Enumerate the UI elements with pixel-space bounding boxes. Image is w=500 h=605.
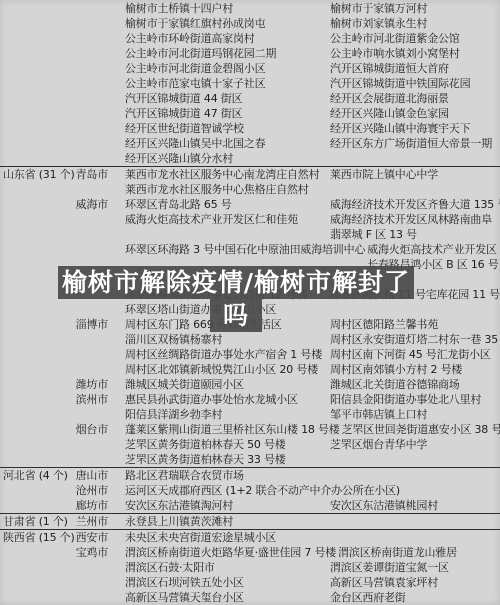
address-cell: 榆树市于家镇红旗村孙成岗屯 <box>108 16 328 31</box>
table-row: 陕西省 (15 个)西安市未央区未央宫街道宏途星城小区 <box>0 530 500 545</box>
city-label <box>68 31 108 46</box>
table-row: 渭滨区石坝河铁五处小区高新区马营镇袁家坪村 <box>0 575 500 590</box>
province-label <box>0 483 68 498</box>
address-cell: 渭滨区石坝河铁五处小区 <box>108 575 328 590</box>
province-label <box>0 407 68 422</box>
address-cell: 安次区东沽港镇淘河村 <box>108 498 328 513</box>
city-label <box>68 332 108 347</box>
watermark-line1: 榆树市解除疫情/榆树市解封了 <box>58 266 414 299</box>
address-cell <box>328 530 500 545</box>
table-row: 经开区兴隆山镇吴中北国之春经开区东方广场街道恒大帝景一期 <box>0 136 500 151</box>
table-row: 滨州市惠民县孙武街道办事处怡水龙城小区阳信县金阳街道办事处北八里村 <box>0 392 500 407</box>
address-cell: 渭滨区姜谭街道宝氮一区 <box>328 560 500 575</box>
city-label <box>68 136 108 151</box>
province-label <box>0 347 68 362</box>
city-label <box>68 452 108 467</box>
address-cell: 潍城区城关街道颐园小区 <box>108 377 328 392</box>
city-label <box>68 16 108 31</box>
province-label <box>0 151 68 166</box>
address-cell: 周村区南下河街 45 号汇龙街小区 <box>328 347 500 362</box>
city-label: 西安市 <box>68 530 108 545</box>
province-label <box>0 452 68 467</box>
table-row: 公主岭市环岭街道高家岗村公主岭市河北街道紫金公馆 <box>0 31 500 46</box>
address-cell: 芝罘区世回尧街道惠安小区 38 号楼 <box>340 422 500 437</box>
city-label <box>68 590 108 605</box>
address-cell: 莱西市龙水社区服务中心南龙湾庄自然村 <box>108 167 328 182</box>
table-row: 烟台市蓬莱区紫荆山街道三里桥社区东山楼 18 号楼芝罘区世回尧街道惠安小区 38… <box>0 422 500 437</box>
table-row: 高新区马营镇天玺台小区金台区西府老街 <box>0 590 500 605</box>
table-row: 威海火炬高技术产业开发区仁和佳苑威海经济技术开发区凤林路南曲阜翡翠城 F 区 1… <box>0 212 500 242</box>
table-section: 甘肃省 (1 个)兰州市永登县上川镇黄茨滩村 <box>0 513 500 529</box>
address-cell: 芝罘区烟台青华中学 <box>328 437 500 452</box>
city-label: 廊坊市 <box>68 498 108 513</box>
address-cell: 高新区马营镇袁家坪村 <box>328 575 500 590</box>
city-label <box>68 347 108 362</box>
city-label <box>68 182 108 197</box>
address-cell: 周村区北郊镇新城悦隽江山小区 20 号楼 <box>108 362 328 377</box>
province-label <box>0 377 68 392</box>
address-cell: 莱西市龙水社区服务中心焦格庄自然村 <box>108 182 328 197</box>
table-row: 潍坊市潍城区城关街道颐园小区潍城区北关街道谷德锦商场 <box>0 377 500 392</box>
table-row: 汽开区锦城街道 44 街区经开区会展街道北海丽景 <box>0 91 500 106</box>
city-label <box>68 1 108 16</box>
province-label <box>0 106 68 121</box>
table-row: 甘肃省 (1 个)兰州市永登县上川镇黄茨滩村 <box>0 514 500 529</box>
table-section: 河北省 (4 个)唐山市路北区君瑞联合农贸市场沧州市运河区天成郡府西区 (1+2… <box>0 467 500 513</box>
city-label: 潍坊市 <box>68 377 108 392</box>
province-label <box>0 560 68 575</box>
address-cell: 未央区未央宫街道宏途星城小区 <box>108 530 328 545</box>
address-cell: 渭滨区桥南街道龙山雅居 <box>336 545 500 560</box>
city-label: 宝鸡市 <box>68 545 108 560</box>
table-row: 公主岭市范家屯镇十家子社区汽开区锦城街道中铁国际花园 <box>0 76 500 91</box>
address-cell: 惠民县孙武街道办事处怡水龙城小区 <box>108 392 328 407</box>
province-label <box>0 437 68 452</box>
table-row: 山东省 (31 个)青岛市莱西市龙水社区服务中心南龙湾庄自然村莱西市院上镇中心中… <box>0 167 500 182</box>
address-cell: 汽开区锦城街道 47 街区 <box>108 106 328 121</box>
address-cell: 环翠区青岛北路 65 号 <box>108 197 328 212</box>
address-cell: 公主岭市河北街道紫金公馆 <box>328 31 500 46</box>
address-cell: 芝罘区黄务街道柏林春天 33 号楼 <box>108 452 328 467</box>
city-label <box>68 121 108 136</box>
address-cell: 阳信县洋湖乡勃李村 <box>108 407 328 422</box>
province-label <box>0 362 68 377</box>
table-row: 河北省 (4 个)唐山市路北区君瑞联合农贸市场 <box>0 468 500 483</box>
city-label: 唐山市 <box>68 468 108 483</box>
province-label <box>0 182 68 197</box>
city-label: 沧州市 <box>68 483 108 498</box>
table-row: 沧州市运河区天成郡府西区 (1+2 联合不动产中介办公所在小区) <box>0 483 500 498</box>
table-row: 周村区丝绸路街道办事处水产宿舍 1 号楼周村区南下河街 45 号汇龙街小区 <box>0 347 500 362</box>
watermark-line2: 吗 <box>210 299 262 332</box>
address-cell: 公主岭市范家屯镇十家子社区 <box>108 76 328 91</box>
city-label <box>68 407 108 422</box>
table-section: 陕西省 (15 个)西安市未央区未央宫街道宏途星城小区宝鸡市渭滨区桥南街道火炬路… <box>0 529 500 605</box>
address-cell: 威海经济技术开发区齐鲁大道 135 号 <box>328 197 500 212</box>
address-cell: 经开区会展街道北海丽景 <box>328 91 500 106</box>
address-cell: 公主岭市环岭街道高家岗村 <box>108 31 328 46</box>
table-row: 宝鸡市渭滨区桥南街道火炬路华夏·盛世佳园 7 号楼渭滨区桥南街道龙山雅居 <box>0 545 500 560</box>
address-cell: 汽开区锦城街道中铁国际花园 <box>328 76 500 91</box>
province-label <box>0 91 68 106</box>
table-row: 汽开区锦城街道 47 街区经开区兴隆山镇金色家园 <box>0 106 500 121</box>
province-label <box>0 31 68 46</box>
address-cell: 芝罘区黄务街道柏林春天 50 号楼 <box>108 437 328 452</box>
table-row: 芝罘区黄务街道柏林春天 33 号楼 <box>0 452 500 467</box>
watermark-caption: 榆树市解除疫情/榆树市解封了 吗 <box>0 266 472 332</box>
city-label: 青岛市 <box>68 167 108 182</box>
address-cell: 榆树市土桥镇十四户村 <box>108 1 328 16</box>
province-label: 河北省 (4 个) <box>0 468 68 483</box>
table-row: 芝罘区黄务街道柏林春天 50 号楼芝罘区烟台青华中学 <box>0 437 500 452</box>
address-cell <box>328 452 500 467</box>
province-label: 陕西省 (15 个) <box>0 530 68 545</box>
address-cell: 邹平市韩店镇上口村 <box>328 407 500 422</box>
address-cell: 榆树市刘家镇永生村 <box>328 16 500 31</box>
table-row: 淄川区双杨镇杨寨村周村区永安街道灯塔二村东一巷 35 号 <box>0 332 500 347</box>
address-cell: 渭滨区桥南街道火炬路华夏·盛世佳园 7 号楼 <box>108 545 336 560</box>
province-label <box>0 197 68 212</box>
table-row: 威海市环翠区青岛北路 65 号威海经济技术开发区齐鲁大道 135 号 <box>0 197 500 212</box>
city-label: 烟台市 <box>68 422 108 437</box>
table-row: 经开区兴隆山镇分水村 <box>0 151 500 166</box>
city-label <box>68 212 108 242</box>
table-row: 公主岭市河北街道金碧阁小区汽开区锦城街道恒大首府 <box>0 61 500 76</box>
address-cell <box>328 182 500 197</box>
address-cell: 安次区东沽港镇桃园村 <box>328 498 500 513</box>
address-cell: 经开区东方广场街道恒大帝景一期 <box>328 136 500 151</box>
province-label <box>0 212 68 242</box>
address-cell: 经开区世纪街道智诚学校 <box>108 121 328 136</box>
table-row: 经开区世纪街道智诚学校经开区兴隆山镇中海寰宇天下 <box>0 121 500 136</box>
table-row: 公主岭市河北街道玛钢花园二期公主岭市响水镇刘小窝堡村 <box>0 46 500 61</box>
province-label <box>0 1 68 16</box>
city-label <box>68 76 108 91</box>
address-cell <box>400 483 500 498</box>
address-cell: 榆树市于家镇万河村 <box>328 1 500 16</box>
province-label <box>0 498 68 513</box>
address-cell: 汽开区锦城街道 44 街区 <box>108 91 328 106</box>
city-label <box>68 560 108 575</box>
address-cell: 公主岭市响水镇刘小窝堡村 <box>328 46 500 61</box>
address-cell: 阳信县金阳街道办事处北八里村 <box>328 392 500 407</box>
address-cell: 潍城区北关街道谷德锦商场 <box>328 377 500 392</box>
address-cell: 莱西市院上镇中心中学 <box>328 167 500 182</box>
address-cell: 永登县上川镇黄茨滩村 <box>108 514 328 529</box>
address-cell: 周村区永安街道灯塔二村东一巷 35 号 <box>328 332 500 347</box>
address-cell: 威海火炬高技术产业开发区仁和佳苑 <box>108 212 328 242</box>
city-label: 威海市 <box>68 197 108 212</box>
table-row: 阳信县洋湖乡勃李村邹平市韩店镇上口村 <box>0 407 500 422</box>
province-label <box>0 392 68 407</box>
address-cell <box>328 468 500 483</box>
province-label <box>0 136 68 151</box>
city-label <box>68 437 108 452</box>
address-cell: 经开区兴隆山镇中海寰宇天下 <box>328 121 500 136</box>
address-cell: 金台区西府老街 <box>328 590 500 605</box>
province-label <box>0 61 68 76</box>
address-cell: 淄川区双杨镇杨寨村 <box>108 332 328 347</box>
city-label <box>68 61 108 76</box>
province-label <box>0 545 68 560</box>
address-cell: 公主岭市河北街道玛钢花园二期 <box>108 46 328 61</box>
table-row: 榆树市土桥镇十四户村榆树市于家镇万河村 <box>0 1 500 16</box>
table-row: 渭滨区石鼓·太阳市渭滨区姜谭街道宝氮一区 <box>0 560 500 575</box>
province-label <box>0 121 68 136</box>
page: 榆树市土桥镇十四户村榆树市于家镇万河村榆树市于家镇红旗村孙成岗屯榆树市刘家镇永生… <box>0 0 500 605</box>
city-label <box>68 91 108 106</box>
address-cell <box>328 514 500 529</box>
province-label <box>0 422 68 437</box>
city-label <box>68 151 108 166</box>
address-cell: 经开区兴隆山镇金色家园 <box>328 106 500 121</box>
province-label <box>0 590 68 605</box>
city-label <box>68 575 108 590</box>
address-cell: 渭滨区石鼓·太阳市 <box>108 560 328 575</box>
address-cell: 周村区丝绸路街道办事处水产宿舍 1 号楼 <box>108 347 328 362</box>
city-label <box>68 362 108 377</box>
table-row: 周村区北郊镇新城悦隽江山小区 20 号楼周村区南郊镇小方村 2 号楼 <box>0 362 500 377</box>
address-cell: 路北区君瑞联合农贸市场 <box>108 468 328 483</box>
address-cell: 汽开区锦城街道恒大首府 <box>328 61 500 76</box>
address-cell: 公主岭市河北街道金碧阁小区 <box>108 61 328 76</box>
province-label <box>0 575 68 590</box>
address-cell: 周村区南郊镇小方村 2 号楼 <box>328 362 500 377</box>
province-label <box>0 16 68 31</box>
province-label <box>0 332 68 347</box>
address-cell: 蓬莱区紫荆山街道三里桥社区东山楼 18 号楼 <box>108 422 340 437</box>
city-label: 滨州市 <box>68 392 108 407</box>
province-label: 山东省 (31 个) <box>0 167 68 182</box>
address-cell: 运河区天成郡府西区 (1+2 联合不动产中介办公所在小区) <box>108 483 400 498</box>
address-cell: 经开区兴隆山镇分水村 <box>108 151 328 166</box>
city-label <box>68 106 108 121</box>
table-row: 莱西市龙水社区服务中心焦格庄自然村 <box>0 182 500 197</box>
address-cell <box>328 151 500 166</box>
province-label <box>0 76 68 91</box>
province-label: 甘肃省 (1 个) <box>0 514 68 529</box>
address-cell: 经开区兴隆山镇吴中北国之春 <box>108 136 328 151</box>
address-cell: 高新区马营镇天玺台小区 <box>108 590 328 605</box>
table-section: 榆树市土桥镇十四户村榆树市于家镇万河村榆树市于家镇红旗村孙成岗屯榆树市刘家镇永生… <box>0 1 500 166</box>
city-label: 兰州市 <box>68 514 108 529</box>
province-label <box>0 46 68 61</box>
city-label <box>68 46 108 61</box>
address-cell: 威海经济技术开发区凤林路南曲阜翡翠城 F 区 13 号 <box>328 212 500 242</box>
table-row: 廊坊市安次区东沽港镇淘河村安次区东沽港镇桃园村 <box>0 498 500 513</box>
table-row: 榆树市于家镇红旗村孙成岗屯榆树市刘家镇永生村 <box>0 16 500 31</box>
